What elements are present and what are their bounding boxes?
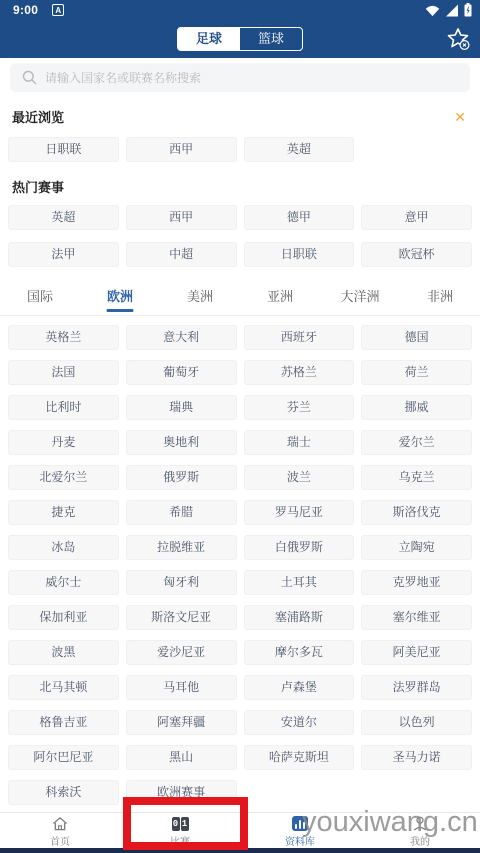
country-button[interactable]: 以色列 [361,710,472,735]
hot-league-button[interactable]: 德甲 [244,205,355,230]
hot-title: 热门赛事 [12,177,64,196]
gesture-bar [0,848,480,853]
battery-charging-icon [464,3,472,17]
country-button[interactable]: 保加利亚 [8,605,119,630]
tab-home-label: 首页 [50,833,70,848]
hot-league-button[interactable]: 日职联 [244,242,355,267]
home-icon [51,816,69,831]
country-button[interactable]: 斯洛文尼亚 [126,605,237,630]
bar-chart-icon [292,816,308,831]
country-button[interactable]: 波黑 [8,640,119,665]
region-tab[interactable]: 美洲 [160,282,240,315]
clear-recent-icon[interactable]: ✕ [452,110,468,124]
recent-section-header: 最近浏览 ✕ [12,107,468,126]
recent-title: 最近浏览 [12,107,64,126]
search-bar[interactable] [10,63,470,92]
country-grid: 英格兰意大利西班牙德国法国葡萄牙苏格兰荷兰比利时瑞典芬兰挪威丹麦奥地利瑞士爱尔兰… [0,316,480,805]
country-button[interactable]: 爱沙尼亚 [126,640,237,665]
region-tab[interactable]: 国际 [0,282,80,315]
country-button[interactable]: 克罗地亚 [361,570,472,595]
sport-switcher: 足球篮球 [177,27,303,51]
hot-league-button[interactable]: 西甲 [126,205,237,230]
sport-tab[interactable]: 足球 [178,28,240,50]
favorites-star-icon[interactable] [444,25,472,53]
region-tab[interactable]: 非洲 [400,282,480,315]
recent-league-button[interactable]: 日职联 [8,137,119,162]
country-button[interactable]: 卢森堡 [244,675,355,700]
recent-list: 日职联西甲英超 [0,126,480,162]
country-button[interactable]: 欧洲赛事 [126,780,237,805]
region-tab[interactable]: 亚洲 [240,282,320,315]
country-button[interactable]: 格鲁吉亚 [8,710,119,735]
country-button[interactable]: 希腊 [126,500,237,525]
country-button[interactable]: 俄罗斯 [126,465,237,490]
hot-section-header: 热门赛事 [12,177,468,196]
country-button[interactable]: 圣马力诺 [361,745,472,770]
status-bar: 9:00 A [0,0,480,20]
clock: 9:00 [13,3,38,17]
hot-league-button[interactable]: 英超 [8,205,119,230]
country-button[interactable]: 黑山 [126,745,237,770]
region-tabs: 国际欧洲美洲亚洲大洋洲非洲 [0,282,480,316]
country-button[interactable]: 挪威 [361,395,472,420]
search-icon [22,70,37,85]
country-button[interactable]: 瑞典 [126,395,237,420]
country-button[interactable]: 哈萨克斯坦 [244,745,355,770]
hot-league-button[interactable]: 意甲 [361,205,472,230]
search-input[interactable] [45,71,425,85]
person-icon [412,816,428,831]
country-button[interactable]: 荷兰 [361,360,472,385]
country-button[interactable]: 罗马尼亚 [244,500,355,525]
status-icons [425,3,472,17]
country-button[interactable]: 斯洛伐克 [361,500,472,525]
country-button[interactable]: 法罗群岛 [361,675,472,700]
country-button[interactable]: 北爱尔兰 [8,465,119,490]
country-button[interactable]: 马耳他 [126,675,237,700]
country-button[interactable]: 乌克兰 [361,465,472,490]
region-tab[interactable]: 大洋洲 [320,282,400,315]
hot-league-button[interactable]: 法甲 [8,242,119,267]
country-button[interactable]: 塞浦路斯 [244,605,355,630]
region-tab[interactable]: 欧洲 [80,282,160,315]
recent-league-button[interactable]: 英超 [244,137,355,162]
country-button[interactable]: 德国 [361,325,472,350]
country-button[interactable]: 北马其顿 [8,675,119,700]
tabbar: 首页 0 1 比赛 资料库 我的 [0,812,480,848]
country-button[interactable]: 意大利 [126,325,237,350]
country-button[interactable]: 丹麦 [8,430,119,455]
tab-profile-label: 我的 [410,833,430,848]
country-button[interactable]: 摩尔多瓦 [244,640,355,665]
country-button[interactable]: 威尔士 [8,570,119,595]
app-header: 足球篮球 [0,20,480,58]
country-button[interactable]: 安道尔 [244,710,355,735]
country-button[interactable]: 法国 [8,360,119,385]
country-button[interactable]: 芬兰 [244,395,355,420]
country-button[interactable]: 土耳其 [244,570,355,595]
tab-matches-label: 比赛 [170,833,190,848]
tab-profile[interactable]: 我的 [360,813,480,848]
signal-icon [445,4,459,17]
country-button[interactable]: 冰岛 [8,535,119,560]
wifi-icon [425,4,440,17]
country-button[interactable]: 科索沃 [8,780,119,805]
country-button[interactable]: 苏格兰 [244,360,355,385]
country-button[interactable]: 奥地利 [126,430,237,455]
ime-badge-icon: A [52,4,64,16]
country-button[interactable]: 葡萄牙 [126,360,237,385]
country-button[interactable]: 立陶宛 [361,535,472,560]
country-button[interactable]: 西班牙 [244,325,355,350]
country-button[interactable]: 英格兰 [8,325,119,350]
country-button[interactable]: 阿塞拜疆 [126,710,237,735]
country-button[interactable]: 比利时 [8,395,119,420]
country-button[interactable]: 阿尔巴尼亚 [8,745,119,770]
tab-matches[interactable]: 0 1 比赛 [120,813,240,848]
country-button[interactable]: 波兰 [244,465,355,490]
hot-league-button[interactable]: 中超 [126,242,237,267]
tab-library-label: 资料库 [285,833,315,848]
country-button[interactable]: 白俄罗斯 [244,535,355,560]
country-button[interactable]: 捷克 [8,500,119,525]
app-screen: 9:00 A 足球篮球 [0,0,480,853]
scoreboard-icon: 0 1 [172,816,189,831]
tab-home[interactable]: 首页 [0,813,120,848]
country-button[interactable]: 爱尔兰 [361,430,472,455]
country-button[interactable]: 塞尔维亚 [361,605,472,630]
country-button[interactable]: 拉脱维亚 [126,535,237,560]
hot-league-button[interactable]: 欧冠杯 [361,242,472,267]
tab-library[interactable]: 资料库 [240,813,360,848]
country-button[interactable]: 阿美尼亚 [361,640,472,665]
country-button[interactable]: 匈牙利 [126,570,237,595]
country-button[interactable]: 瑞士 [244,430,355,455]
recent-league-button[interactable]: 西甲 [126,137,237,162]
sport-tab[interactable]: 篮球 [240,28,302,50]
hot-list: 英超西甲德甲意甲法甲中超日职联欧冠杯 [0,196,480,267]
